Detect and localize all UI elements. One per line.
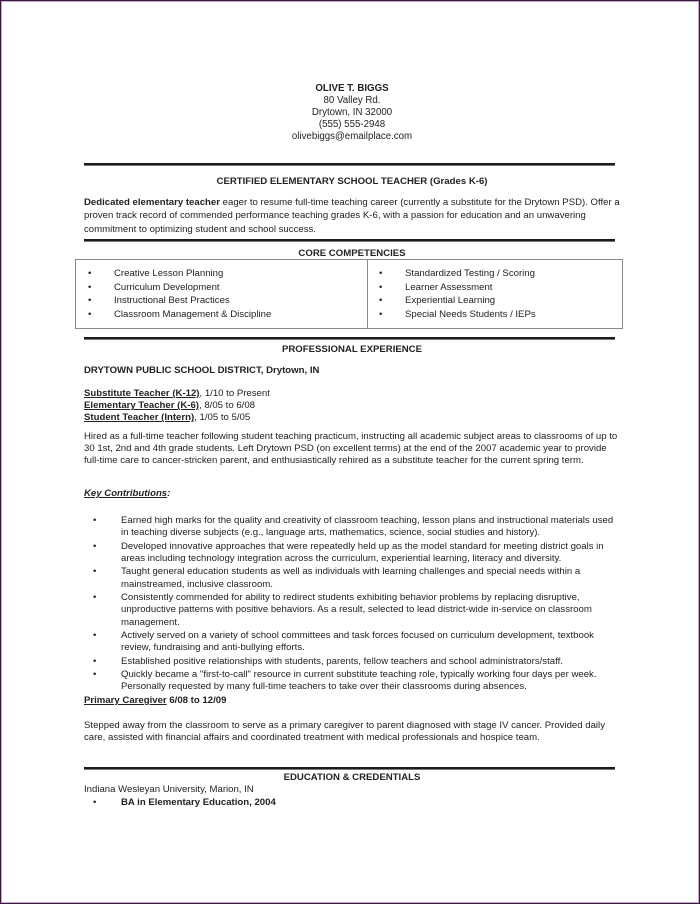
competency-item: •Experiential Learning (367, 294, 536, 308)
bullet-icon: • (93, 656, 96, 668)
caregiver-role: Primary Caregiver 6/08 to 12/09 (84, 694, 226, 707)
email: olivebiggs@emailplace.com (84, 131, 620, 143)
section-rule (84, 337, 615, 340)
section-rule (84, 767, 615, 770)
contribution-item: •Developed innovative approaches that we… (84, 541, 620, 565)
role-title: Student Teacher (Intern) (84, 412, 194, 423)
contributions-list: •Earned high marks for the quality and c… (84, 515, 620, 695)
contribution-item: •Actively served on a variety of school … (84, 630, 620, 654)
competency-item: •Instructional Best Practices (76, 294, 271, 308)
role-item: Student Teacher (Intern), 1/05 to 5/05 (84, 412, 270, 424)
city-state-zip: Drytown, IN 32000 (84, 107, 620, 119)
experience-title: PROFESSIONAL EXPERIENCE (84, 343, 620, 356)
caregiver-title: Primary Caregiver (84, 695, 167, 706)
school-name: Indiana Wesleyan University, Marion, IN (84, 783, 254, 796)
role-dates: , 1/10 to Present (200, 388, 270, 399)
experience-description: Hired as a full-time teacher following s… (84, 431, 620, 468)
bullet-icon: • (88, 281, 91, 295)
bullet-icon: • (88, 267, 91, 281)
competency-item: •Curriculum Development (76, 281, 271, 295)
bullet-icon: • (93, 566, 96, 578)
caregiver-description: Stepped away from the classroom to serve… (84, 720, 620, 744)
bullet-icon: • (93, 796, 96, 809)
degree-list: •BA in Elementary Education, 2004 (84, 796, 276, 809)
summary-bold: Dedicated elementary teacher (84, 197, 220, 208)
bullet-icon: • (88, 308, 91, 322)
role-item: Elementary Teacher (K-6), 8/05 to 6/08 (84, 400, 270, 412)
role-list: Substitute Teacher (K-12), 1/10 to Prese… (84, 388, 270, 425)
contribution-item: •Earned high marks for the quality and c… (84, 515, 620, 539)
competency-item: •Creative Lesson Planning (76, 267, 271, 281)
competency-item: •Standardized Testing / Scoring (367, 267, 536, 281)
contact-header: OLIVE T. BIGGS 80 Valley Rd. Drytown, IN… (84, 83, 620, 143)
competencies-left-list: •Creative Lesson Planning •Curriculum De… (76, 267, 271, 321)
bullet-icon: • (88, 294, 91, 308)
bullet-icon: • (379, 281, 382, 295)
role-dates: , 1/05 to 5/05 (194, 412, 250, 423)
section-rule (84, 239, 615, 242)
competency-item: •Learner Assessment (367, 281, 536, 295)
contribution-item: •Consistently commended for ability to r… (84, 592, 620, 629)
role-item: Substitute Teacher (K-12), 1/10 to Prese… (84, 388, 270, 400)
bullet-icon: • (379, 294, 382, 308)
bullet-icon: • (379, 308, 382, 322)
employer-name: DRYTOWN PUBLIC SCHOOL DISTRICT, Drytown,… (84, 364, 319, 377)
caregiver-dates: 6/08 to 12/09 (167, 695, 227, 706)
bullet-icon: • (93, 515, 96, 527)
competencies-box: •Creative Lesson Planning •Curriculum De… (75, 259, 623, 329)
contribution-item: •Established positive relationships with… (84, 656, 620, 668)
phone: (555) 555-2948 (84, 119, 620, 131)
role-title: Elementary Teacher (K-6) (84, 400, 199, 411)
competencies-right-list: •Standardized Testing / Scoring •Learner… (367, 267, 536, 321)
contribution-item: •Quickly became a "first-to-call" resour… (84, 669, 620, 693)
role-title: Substitute Teacher (K-12) (84, 388, 200, 399)
competency-item: •Special Needs Students / IEPs (367, 308, 536, 322)
bullet-icon: • (93, 630, 96, 642)
role-dates: , 8/05 to 6/08 (199, 400, 255, 411)
bullet-icon: • (93, 541, 96, 553)
key-contributions-label: Key Contributions: (84, 487, 170, 500)
summary-paragraph: Dedicated elementary teacher eager to re… (84, 196, 620, 236)
section-rule (84, 163, 615, 166)
bullet-icon: • (93, 592, 96, 604)
address: 80 Valley Rd. (84, 95, 620, 107)
contribution-item: •Taught general education students as we… (84, 566, 620, 590)
candidate-name: OLIVE T. BIGGS (84, 83, 620, 95)
bullet-icon: • (379, 267, 382, 281)
degree-item: •BA in Elementary Education, 2004 (84, 796, 276, 809)
bullet-icon: • (93, 669, 96, 681)
objective-title: CERTIFIED ELEMENTARY SCHOOL TEACHER (Gra… (84, 175, 620, 188)
competency-item: •Classroom Management & Discipline (76, 308, 271, 322)
